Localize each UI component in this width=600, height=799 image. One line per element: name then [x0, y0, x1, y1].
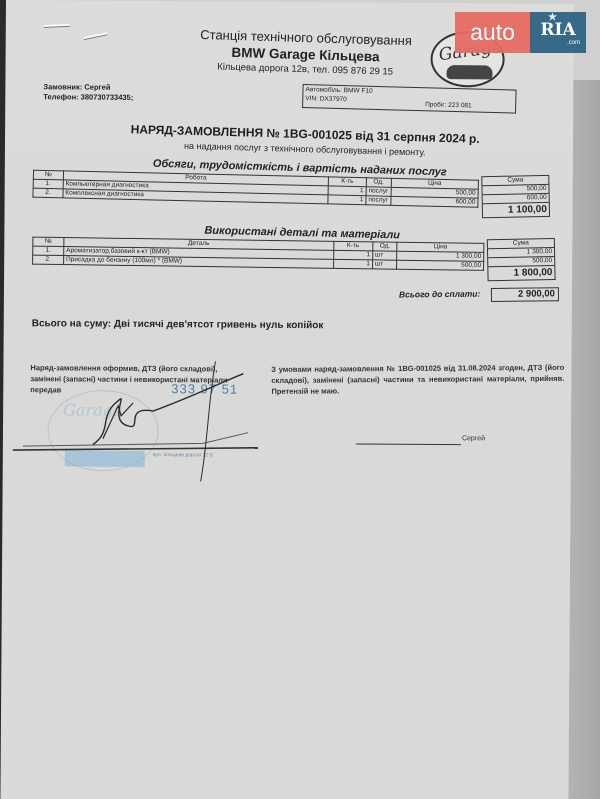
work-order-document: Станція технічного обслуговування BMW Ga… — [0, 0, 574, 799]
stamp-block — [65, 450, 145, 467]
watermark-auto: auto — [455, 12, 530, 53]
watermark-ria: ★ RIA .com — [530, 12, 586, 53]
watermark-ria-text: RIA — [540, 20, 575, 40]
signature-and-stamp-ink: Garage вул. Кільцева дорога 12 В — [0, 0, 574, 799]
star-icon: ★ — [548, 12, 557, 23]
watermark-com: .com — [567, 40, 580, 46]
autoria-watermark: auto ★ RIA .com — [455, 12, 586, 53]
photo-stage: Станція технічного обслуговування BMW Ga… — [0, 0, 600, 799]
